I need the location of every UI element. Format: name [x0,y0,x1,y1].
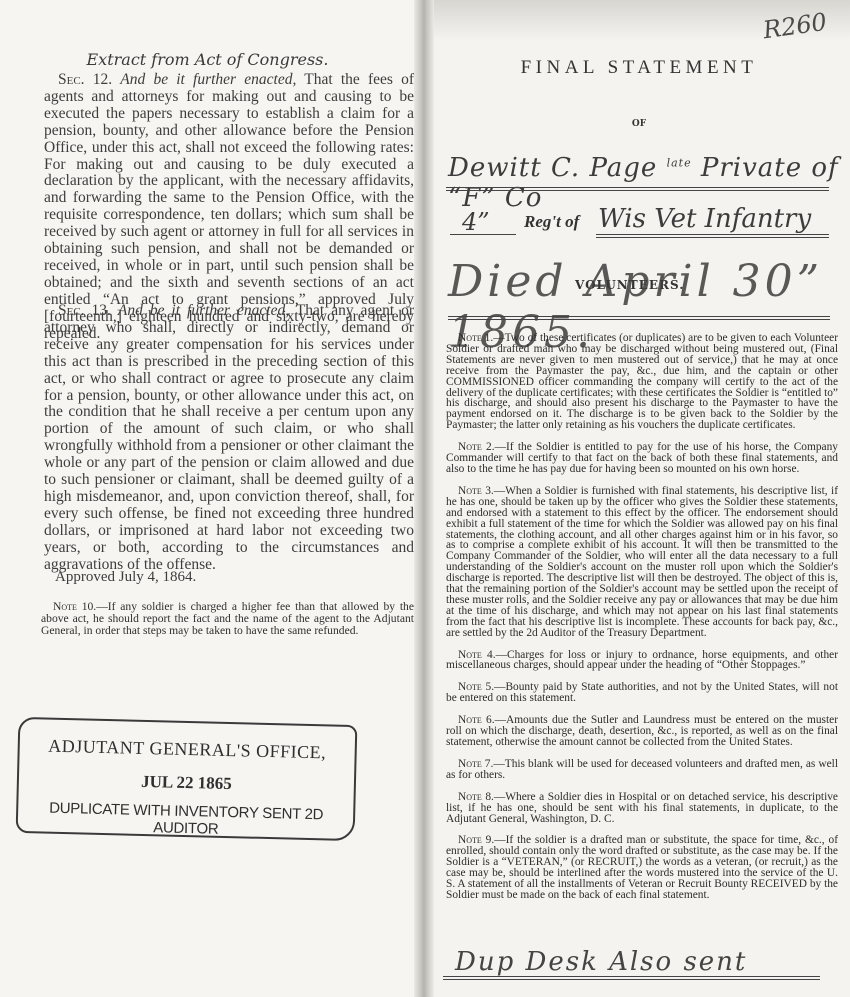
stamp-date: JUL 22 1865 [19,769,354,797]
section-text: That any agent or attorney who shall, di… [44,302,414,573]
note-3: Note 3.—When a Soldier is furnished with… [446,486,838,639]
signature-handwritten: Dup Desk Also sent [455,947,747,977]
note-text: —If the soldier is a drafted man or subs… [446,834,838,901]
enacting-clause: And be it further enacted, [120,71,296,88]
enacting-clause: And be it further enacted, [118,302,289,319]
note-text: —If the Soldier is entitled to pay for t… [446,441,838,475]
final-statement-title: FINAL STATEMENT [428,57,850,79]
note-1: Note 1.—Two of these certificates (or du… [446,333,838,431]
section-label: Sec. 12. [58,71,112,88]
note-text: —Amounts due the Sutler and Laundress mu… [446,714,838,748]
instruction-notes: Note 1.—Two of these certificates (or du… [446,333,838,912]
note-9: Note 9.—If the soldier is a drafted man … [446,835,838,900]
name-rule [446,187,829,191]
note-text: —Charges for loss or injury to ordnance,… [446,649,838,672]
signature-rule [443,976,820,980]
note-6: Note 6.—Amounts due the Sutler and Laund… [446,715,838,748]
section-text: That the fees of agents and attorneys fo… [44,71,414,342]
section-13: Sec. 13. And be it further enacted, That… [44,303,414,574]
note-text: —When a Soldier is furnished with final … [446,485,838,639]
note-7: Note 7.—This blank will be used for dece… [446,759,838,781]
center-fold [414,0,434,997]
stamp-office: ADJUTANT GENERAL'S OFFICE, [20,735,355,764]
note-10: Note 10.—If any soldier is charged a hig… [41,601,414,636]
note-2: Note 2.—If the Soldier is entitled to pa… [446,442,838,475]
note-4: Note 4.—Charges for loss or injury to or… [446,650,838,672]
section-label: Sec. 13. [58,302,111,319]
note-text: —Bounty paid by State authorities, and n… [446,681,838,704]
note-text: —If any soldier is charged a higher fee … [41,600,414,637]
regiment-number-rule [450,234,516,235]
note-5: Note 5.—Bounty paid by State authorities… [446,682,838,704]
note-8: Note 8.—Where a Soldier dies in Hospital… [446,792,838,825]
death-rule [448,316,830,320]
note-text: —Two of these certificates (or duplicate… [446,332,838,431]
regiment-name-handwritten: Wis Vet Infantry [598,204,811,234]
of-label: OF [428,119,850,129]
soldier-name: Dewitt C. Page [448,153,657,183]
extract-title: Extract from Act of Congress. [0,50,415,69]
regiment-label: Reg't of [524,212,579,232]
late-label: late [667,156,692,169]
note-text: —This blank will be used for deceased vo… [446,758,838,781]
approved-date: Approved July 4, 1864. [55,569,196,586]
adjutant-general-stamp: ADJUTANT GENERAL'S OFFICE, JUL 22 1865 D… [16,717,358,841]
note-text: —Where a Soldier dies in Hospital or on … [446,791,838,825]
regiment-number-handwritten: 4” [462,208,490,236]
regiment-rule [596,234,829,238]
